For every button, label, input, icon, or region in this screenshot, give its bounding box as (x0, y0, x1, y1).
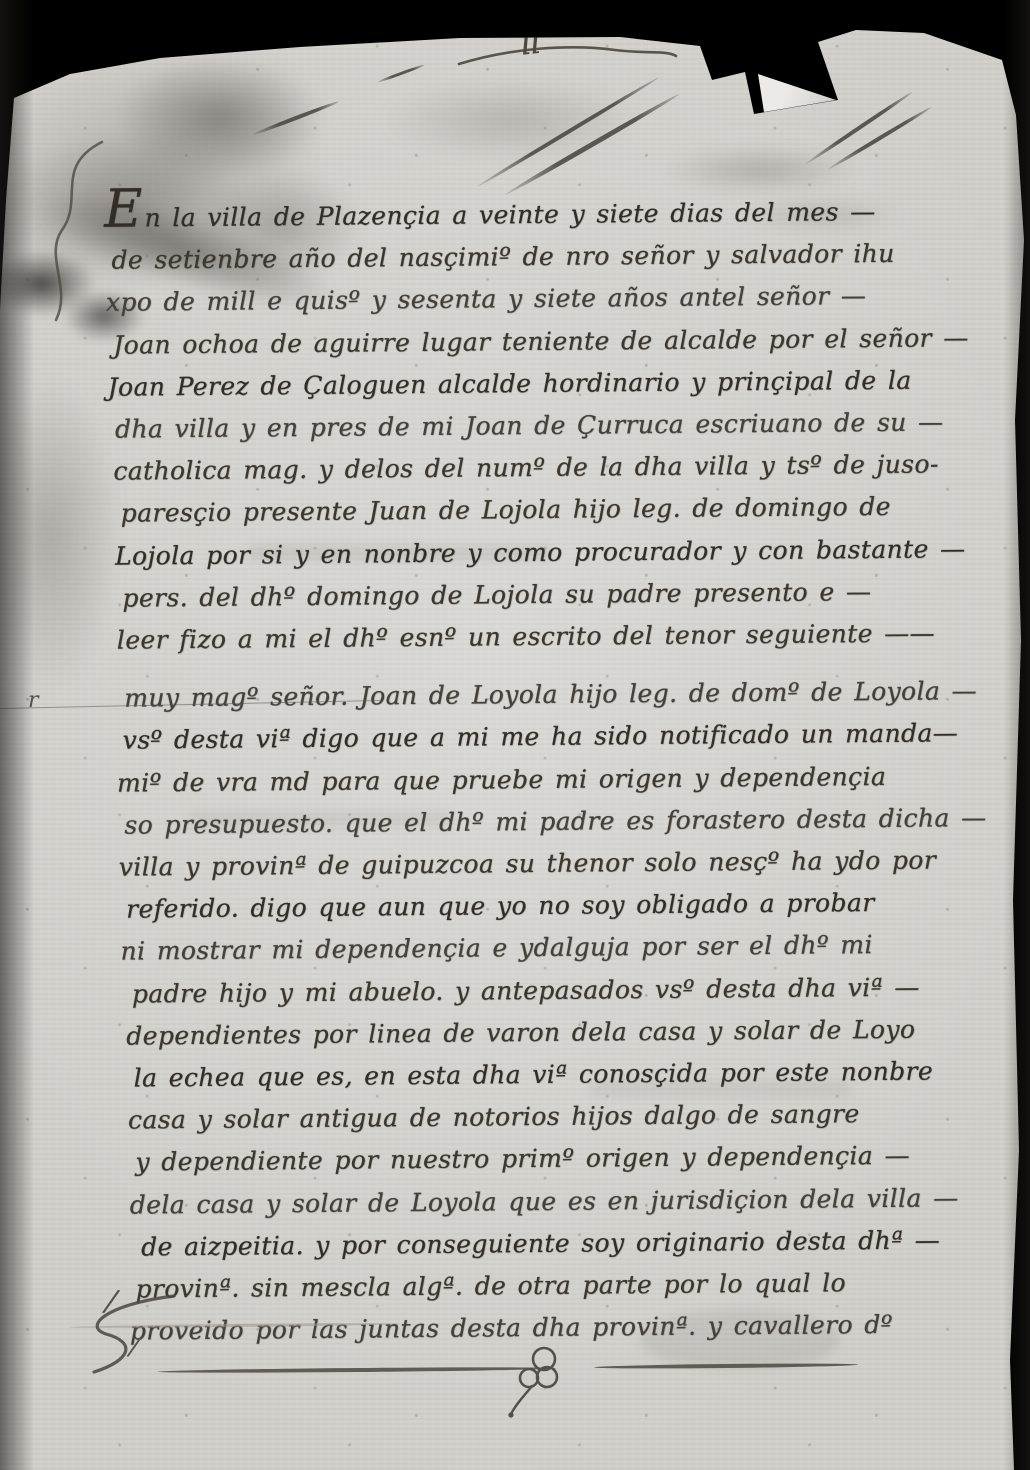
manuscript-line: dha villa y en pres de mi Joan de Çurruc… (115, 401, 954, 451)
manuscript-line: xpo de mill e quisº y sesenta y siete añ… (106, 275, 953, 325)
manuscript-line: provinª. sin mescla algª. de otra parte … (135, 1261, 961, 1310)
top-center-wash (330, 55, 690, 185)
scan-background: { "manuscript": { "kind": "handwritten n… (0, 0, 1030, 1470)
closing-rule (594, 1363, 858, 1370)
pen-slash (252, 100, 339, 137)
manuscript-line: Joan Perez de Çaloguen alcalde hordinari… (107, 359, 953, 409)
manuscript-line: paresçio presente Juan de Lojola hijo le… (121, 486, 955, 535)
manuscript-line: dela casa y solar de Loyola que es en ju… (130, 1177, 961, 1226)
manuscript-line: dependientes por linea de varon dela cas… (126, 1008, 959, 1057)
manuscript-line: proveido por las juntas desta dha provin… (130, 1304, 962, 1353)
pen-slash (504, 92, 680, 196)
manuscript-line: de aizpeitia. y por conseguiente soy ori… (141, 1219, 961, 1268)
pen-slash (828, 105, 933, 170)
pen-slash (377, 64, 425, 84)
manuscript-line: padre hijo y mi abuelo. y antepasados vs… (132, 966, 959, 1015)
manuscript-line: casa y solar antigua de notorios hijos d… (128, 1093, 960, 1142)
rubric-clover (504, 1344, 578, 1430)
manuscript-line: leer fizo a mi el dhº esnº un escrito de… (117, 612, 956, 662)
manuscript-line: referido. digo que aun que yo no soy obl… (126, 882, 958, 931)
manuscript-line: la echea que es, en esta dha viª conosçi… (133, 1050, 959, 1099)
manuscript-line: villa y provinª de guipuzcoa su thenor s… (119, 839, 958, 889)
closing-rule (158, 1366, 556, 1373)
manuscript-line: de setienbre año del nasçimiº de nro señ… (111, 233, 952, 283)
margin-letter: r (28, 688, 39, 713)
manuscript-line: En la villa de Plazençia a veinte y siet… (104, 188, 952, 240)
manuscript-line: vsº desta viª digo que a mi me ha sido n… (123, 713, 957, 762)
manuscript-line: miº de vra md para que pruebe mi origen … (117, 755, 957, 805)
folio-number: ii (518, 21, 541, 64)
manuscript-line: Joan ochoa de aguirre lugar teniente de … (113, 317, 953, 367)
manuscript-line: pers. del dhº domingo de Lojola su padre… (122, 570, 955, 619)
text-block: En la villa de Plazençia a veinte y siet… (107, 188, 962, 1353)
folio-underline-flourish (455, 40, 680, 70)
manuscript-line: y dependiente por nuestro primº origen y… (135, 1135, 960, 1184)
manuscript-line: Lojola por si y en nonbre y como procura… (115, 528, 955, 578)
manuscript-page: ii En la villa de Plazençia a veinte y s… (0, 0, 1030, 1470)
manuscript-line: muy magº señor. Joan de Loyola hijo leg.… (124, 671, 956, 720)
manuscript-line: catholica mag. y delos del numº de la dh… (113, 444, 954, 494)
manuscript-line: ni mostrar mi dependençia e ydalguja por… (120, 924, 958, 974)
pen-slash (476, 76, 660, 189)
manuscript-line: so presupuesto. que el dhº mi padre es f… (124, 797, 957, 846)
